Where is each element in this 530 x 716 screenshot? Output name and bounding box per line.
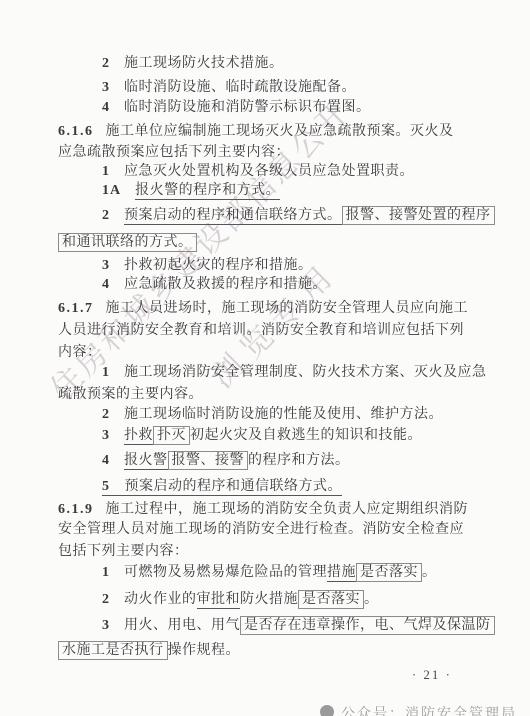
text-line: 2施工现场防火技术措施。 xyxy=(58,53,518,74)
revision-inserted-text: 是否落实 xyxy=(298,590,364,609)
text-line: 3扑救扑灭初起火灾及自救逃生的知识和技能。 xyxy=(58,425,518,446)
item-number: 2 xyxy=(102,407,110,422)
revision-inserted-text: 报警、接警 xyxy=(168,451,249,470)
text-segment: 可燃物及易燃易爆危险品的管理 xyxy=(124,565,327,580)
text-line: 2预案启动的程序和通信联络方式。报警、接警处置的程序 xyxy=(58,205,518,226)
revision-underlined-text: 预案启动的程序和通信联络方式。 xyxy=(125,479,343,496)
text-line: 4报火警报警、接警的程序和方法。 xyxy=(58,450,518,471)
text-line: 1A报火警的程序和方式。 xyxy=(58,180,518,201)
text-segment: 。 xyxy=(422,565,437,580)
text-segment: 初起火灾及自救逃生的知识和技能。 xyxy=(190,428,422,443)
text-segment: 防火措施 xyxy=(240,592,298,607)
text-line: 5 预案启动的程序和通信联络方式。 xyxy=(58,476,518,497)
revision-underlined-text: 审批和 xyxy=(197,592,241,609)
page-number: · 21 · xyxy=(58,667,474,685)
item-number: 3 xyxy=(102,258,110,273)
footer-text: 公众号：消防安全管理局 xyxy=(341,703,517,716)
revision-underlined-text: 扑救 xyxy=(124,428,153,445)
revision-underlined-text: 报火警 xyxy=(124,453,168,470)
text-segment: 包括下列主要内容： xyxy=(58,544,189,559)
item-number: 6.1.9 xyxy=(58,502,94,517)
item-number: 3 xyxy=(102,618,110,633)
revision-inserted-text: 是否落实 xyxy=(356,563,422,582)
text-line: 疏散预案的主要内容。 xyxy=(58,384,474,405)
item-number: 2 xyxy=(102,592,110,607)
revision-inserted-text: 扑灭 xyxy=(153,426,190,445)
revision-underlined-text: 措施 xyxy=(327,565,356,582)
item-number: 3 xyxy=(102,80,110,95)
item-number: 3 xyxy=(102,428,110,443)
text-line: 1可燃物及易燃易爆危险品的管理措施是否落实。 xyxy=(58,562,518,583)
text-segment: 人员进行消防安全教育和培训。消防安全教育和培训应包括下列 xyxy=(58,323,464,338)
text-line: 人员进行消防安全教育和培训。消防安全教育和培训应包括下列 xyxy=(58,320,474,341)
revision-inserted-text: 是否存在违章操作，电、气焊及保温防 xyxy=(240,616,495,635)
item-number: 4 xyxy=(102,277,110,292)
revision-underlined-text: 预案启动的程序和通信联络方式。 xyxy=(124,208,342,225)
text-block: 2施工现场防火技术措施。3临时消防设施、临时疏散设施配备。4临时消防设施和消防警… xyxy=(0,0,530,716)
text-line: 和通讯联络的方式。 xyxy=(58,232,474,253)
revision-inserted-text: 和通讯联络的方式。 xyxy=(58,233,197,252)
item-number: 1 xyxy=(102,164,110,179)
text-line: 安全管理人员对施工现场的消防安全进行检查。消防安全检查应 xyxy=(58,519,474,540)
text-line: 2动火作业的审批和防火措施是否落实。 xyxy=(58,589,518,610)
text-segment: 的程序和方法。 xyxy=(248,453,350,468)
item-number: 6.1.6 xyxy=(58,124,94,139)
text-line: 内容： xyxy=(58,342,474,363)
text-line: 6.1.9施工过程中，施工现场的消防安全负责人应定期组织消防 xyxy=(58,499,474,520)
text-segment: 操作规程。 xyxy=(168,643,241,658)
text-segment: 应急疏散预案应包括下列主要内容： xyxy=(58,145,290,160)
text-line: 2施工现场临时消防设施的性能及使用、维护方法。 xyxy=(58,404,518,425)
item-number: 4 xyxy=(102,100,110,115)
text-segment: 疏散预案的主要内容。 xyxy=(58,387,203,402)
text-segment: 应急疏散及救援的程序和措施。 xyxy=(124,277,327,292)
text-segment: 施工现场临时消防设施的性能及使用、维护方法。 xyxy=(124,407,443,422)
text-line: 包括下列主要内容： xyxy=(58,541,474,562)
revision-underlined-text: 5 xyxy=(102,479,110,496)
text-line: 1应急灭火处置机构及各级人员应急处置职责。 xyxy=(58,161,518,182)
revision-underlined-text xyxy=(110,479,125,496)
item-number: 4 xyxy=(102,453,110,468)
item-number: 1 xyxy=(102,565,110,580)
document-page: 住房和城乡建设部信息公开 浏览专用 2施工现场防火技术措施。3临时消防设施、临时… xyxy=(0,0,530,716)
text-segment: 施工过程中，施工现场的消防安全负责人应定期组织消防 xyxy=(106,502,469,517)
revision-inserted-text: 报警、接警处置的程序 xyxy=(342,206,495,225)
text-line: 3用火、用电、用气是否存在违章操作，电、气焊及保温防 xyxy=(58,615,518,636)
text-segment: 临时消防设施和消防警示标识布置图。 xyxy=(124,100,371,115)
text-line: 6.1.6施工单位应编制施工现场灭火及应急疏散预案。灭火及 xyxy=(58,121,474,142)
text-segment: 安全管理人员对施工现场的消防安全进行检查。消防安全检查应 xyxy=(58,522,464,537)
text-line: 1施工现场消防安全管理制度、防火技术方案、灭火及应急 xyxy=(58,362,518,383)
text-segment: 扑救初起火灾的程序和措施。 xyxy=(124,258,313,273)
text-segment: 施工现场防火技术措施。 xyxy=(124,56,284,71)
text-segment: 。 xyxy=(364,592,379,607)
revision-underlined-text: 报火警的程序和方式。 xyxy=(135,183,280,200)
text-segment: 动火作业的 xyxy=(124,592,197,607)
revision-inserted-text: 水施工是否执行 xyxy=(58,641,168,660)
text-segment: 施工单位应编制施工现场灭火及应急疏散预案。灭火及 xyxy=(106,124,454,139)
text-line: 3临时消防设施、临时疏散设施配备。 xyxy=(58,77,518,98)
item-number: 1A xyxy=(102,183,121,198)
text-segment: 施工现场消防安全管理制度、防火技术方案、灭火及应急 xyxy=(124,365,487,380)
wechat-account-icon xyxy=(320,705,334,716)
text-line: 应急疏散预案应包括下列主要内容： xyxy=(58,142,474,163)
text-line: 水施工是否执行操作规程。 xyxy=(58,640,474,661)
text-line: 6.1.7施工人员进场时，施工现场的消防安全管理人员应向施工 xyxy=(58,298,474,319)
item-number: 6.1.7 xyxy=(58,301,94,316)
text-segment: 内容： xyxy=(58,345,102,360)
text-segment: 应急灭火处置机构及各级人员应急处置职责。 xyxy=(124,164,414,179)
text-line: 4应急疏散及救援的程序和措施。 xyxy=(58,274,518,295)
text-segment: 临时消防设施、临时疏散设施配备。 xyxy=(124,80,356,95)
text-segment: 施工人员进场时，施工现场的消防安全管理人员应向施工 xyxy=(106,301,469,316)
text-segment: 用火、用电、用气 xyxy=(124,618,240,633)
text-line: 4临时消防设施和消防警示标识布置图。 xyxy=(58,97,518,118)
item-number: 1 xyxy=(102,365,110,380)
footer-account: 公众号：消防安全管理局 xyxy=(320,703,517,716)
item-number: 2 xyxy=(102,56,110,71)
text-line: 3扑救初起火灾的程序和措施。 xyxy=(58,255,518,276)
item-number: 2 xyxy=(102,208,110,223)
